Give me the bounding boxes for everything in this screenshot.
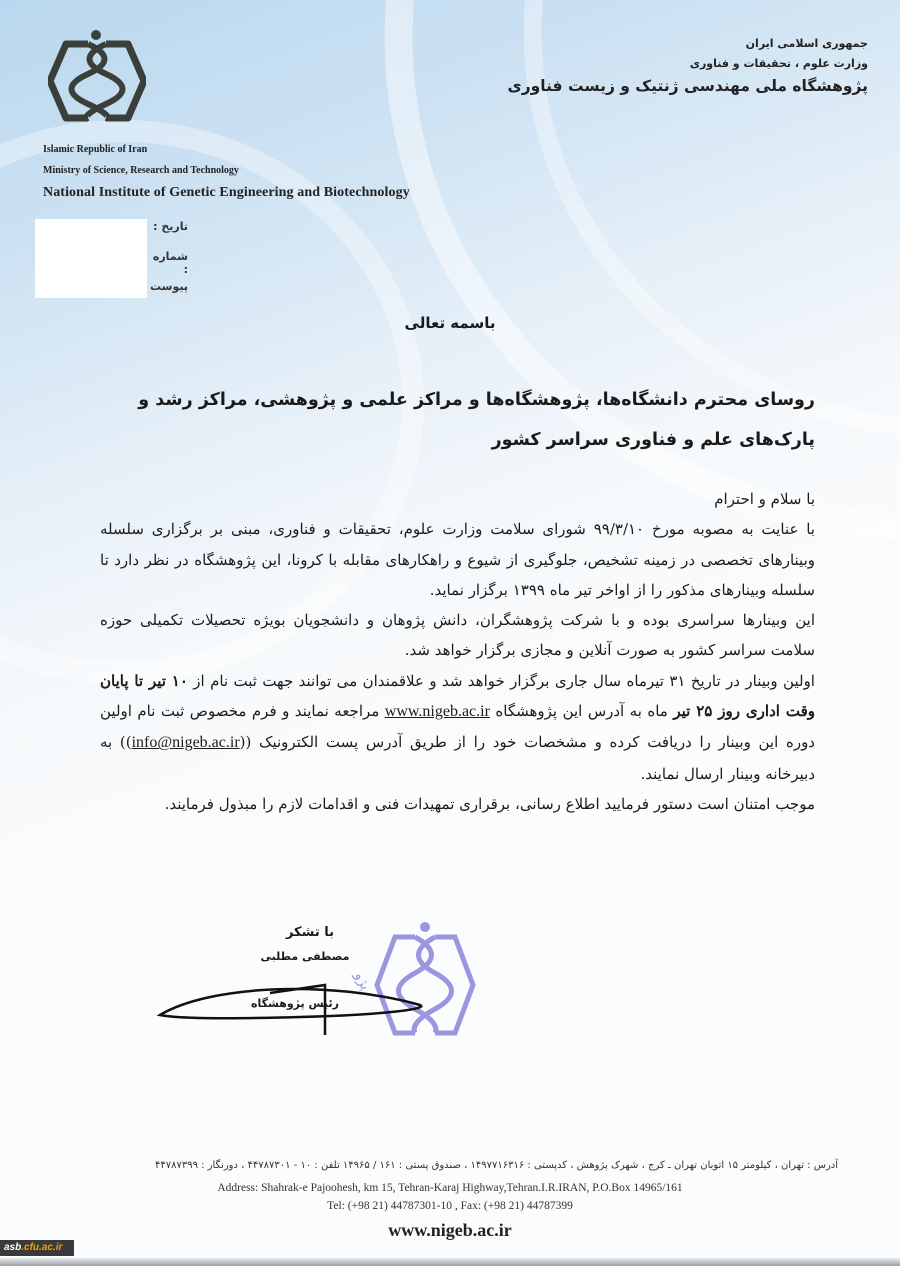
footer-phone-en: Tel: (+98 21) 44787301-10 , Fax: (+98 21… (0, 1200, 900, 1212)
watermark-badge: asb.cfu.ac.ir (0, 1240, 74, 1256)
basmala-heading: باسمه تعالی (0, 314, 900, 332)
header-country-fa: جمهوری اسلامی ایران (746, 37, 868, 50)
footer-address-en: Address: Shahrak-e Pajoohesh, km 15, Teh… (0, 1182, 900, 1194)
addressee-heading: روسای محترم دانشگاه‌ها، پژوهشگاه‌ها و مر… (95, 380, 815, 460)
signatory-name: مصطفی مطلبی (245, 950, 365, 963)
paragraph-1: با عنایت به مصوبه مورخ ۹۹/۳/۱۰ شورای سلا… (100, 514, 815, 605)
website-link[interactable]: www.nigeb.ac.ir (385, 703, 490, 720)
footer-address-fa: آدرس : تهران ، کیلومتر ۱۵ اتوبان تهران ـ… (30, 1160, 838, 1171)
nigeb-dna-logo-icon (48, 28, 146, 134)
number-label: شماره : (148, 250, 188, 276)
header-ministry-en: Ministry of Science, Research and Techno… (43, 165, 239, 176)
email-link[interactable]: info@nigeb.ac.ir (132, 734, 240, 751)
paragraph-3: اولین وبینار در تاریخ ۳۱ تیرماه سال جاری… (100, 666, 815, 789)
paragraph-4: موجب امتنان است دستور فرمایید اطلاع رسان… (100, 789, 815, 819)
closing-text: با تشکر (255, 925, 365, 940)
signature-block: پژوهشگاه ملی مهندسی ژنتیک و زیست فناوری … (150, 915, 530, 1075)
paragraph-2: این وبینارها سراسری بوده و با شرکت پژوهش… (100, 605, 815, 666)
header-institute-fa: پژوهشگاه ملی مهندسی ژنتیک و زیست فناوری (507, 77, 868, 95)
header-ministry-fa: وزارت علوم ، تحقیقات و فناوری (690, 57, 868, 70)
scan-bottom-edge (0, 1258, 900, 1266)
redacted-meta-values (35, 219, 147, 298)
header-country-en: Islamic Republic of Iran (43, 144, 147, 155)
letter-body: با سلام و احترام با عنایت به مصوبه مورخ … (100, 484, 815, 819)
greeting: با سلام و احترام (100, 484, 815, 514)
watermark-prefix: asb (4, 1242, 21, 1253)
attachment-label: پیوست (148, 280, 188, 293)
date-label: تاریخ : (148, 220, 188, 233)
signatory-title: رئیس پژوهشگاه (245, 997, 345, 1010)
watermark-suffix: .cfu.ac.ir (21, 1242, 62, 1253)
footer-website[interactable]: www.nigeb.ac.ir (0, 1220, 900, 1241)
header-institute-en: National Institute of Genetic Engineerin… (43, 185, 410, 201)
paragraph-3-text-a: اولین وبینار در تاریخ ۳۱ تیرماه سال جاری… (188, 672, 815, 690)
paragraph-3-text-b: ماه به آدرس این پژوهشگاه (490, 702, 673, 720)
